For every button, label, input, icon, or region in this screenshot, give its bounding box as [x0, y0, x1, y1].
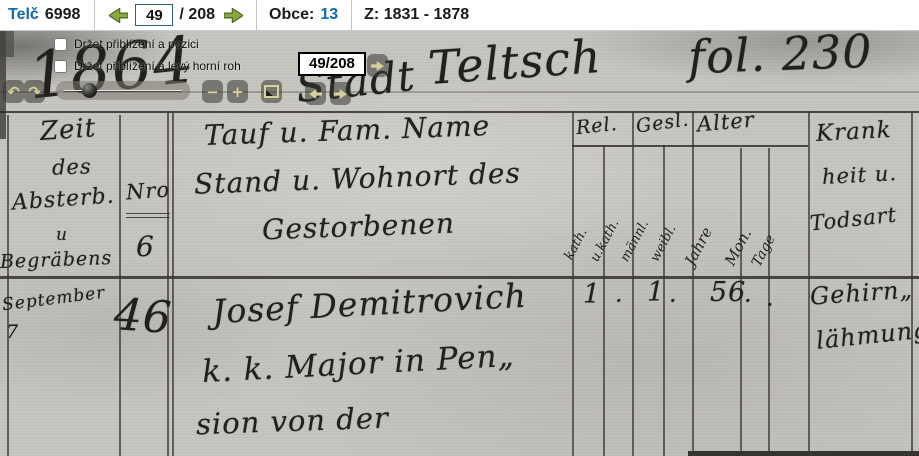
page-number-input[interactable] — [135, 4, 173, 26]
document-scan[interactable]: 1864 Stadt Teltsch fol. 230 Zeit des Abs… — [0, 31, 919, 456]
separator — [256, 0, 257, 30]
col-cause-header: Krank — [815, 119, 892, 146]
next-image-overlay-button[interactable] — [367, 54, 388, 77]
subcol-header: männl. — [619, 218, 652, 264]
page-place-teltsch: Teltsch — [427, 33, 603, 91]
record-name: Josef Demitrovich — [211, 279, 527, 328]
col-date-header: des — [52, 156, 92, 178]
record-nro: 46 — [113, 293, 174, 341]
keep-zoom-topleft-checkbox[interactable] — [54, 60, 67, 73]
col-group-header: Gesl. — [635, 110, 690, 136]
keep-zoom-topleft-option: Držet přiblížení a levý horní roh — [54, 59, 241, 73]
col-nro-header: Nro — [125, 179, 170, 203]
obce-count[interactable]: 13 — [320, 6, 338, 24]
rotate-cw-button[interactable]: ↷ — [24, 80, 45, 103]
record-cause: Gehirn„ — [809, 277, 913, 308]
next-image-button[interactable] — [330, 82, 351, 105]
table-line — [172, 111, 174, 456]
col-date-header: Absterb. — [11, 185, 115, 214]
record-value-jahre: 56 — [710, 279, 746, 306]
record-date-day: 7 — [6, 323, 19, 342]
arrow-left-icon — [309, 89, 322, 99]
record-name: sion von der — [196, 404, 390, 440]
table-line — [692, 111, 694, 456]
record-cause: lähmung — [815, 317, 919, 353]
table-line — [632, 111, 634, 456]
obce-label: Obce: — [269, 6, 314, 24]
col-name-header: Stand u. Wohnort des — [194, 159, 522, 198]
zoom-out-icon: − — [206, 83, 219, 101]
subcol-header: Jahre — [683, 225, 715, 268]
keep-zoom-position-checkbox[interactable] — [54, 38, 67, 51]
col-date-header: Begräbens — [0, 249, 112, 272]
table-line — [7, 115, 9, 456]
arrow-right-icon — [371, 61, 384, 71]
top-navigation-bar: Telč 6998 / 208 Obce: 13 Z: 1831 - 1878 — [0, 0, 919, 31]
zoom-out-button[interactable]: − — [202, 80, 223, 103]
table-line — [119, 115, 121, 456]
record-value-tage: · — [766, 293, 775, 317]
col-date-header: u — [56, 227, 68, 244]
fit-view-button[interactable] — [261, 80, 282, 103]
prev-page-button[interactable] — [109, 8, 128, 23]
col-group-header: Rel. — [575, 115, 618, 138]
col-cause-header: Todsart — [809, 204, 898, 234]
nro-underline — [126, 217, 170, 218]
record-value-weibl: · — [669, 289, 678, 313]
next-page-button[interactable] — [224, 8, 243, 23]
subcol-header: weibl. — [649, 223, 679, 264]
record-value-ukath: · — [615, 289, 624, 313]
col-name-header: Gestorbenen — [262, 210, 456, 245]
col-cause-header: heit u. — [822, 163, 898, 188]
year-range: Z: 1831 - 1878 — [364, 6, 469, 24]
rotate-ccw-icon: ↶ — [7, 83, 20, 101]
zoom-in-icon: + — [231, 83, 244, 101]
col-date-header: Zeit — [39, 115, 97, 145]
arrow-right-icon — [224, 8, 243, 23]
col-name-header: Tauf u. Fam. Name — [204, 112, 491, 150]
scan-edge — [0, 31, 14, 57]
keep-zoom-position-option: Držet přiblížení a pozici — [54, 37, 199, 51]
page-folio: fol. 230 — [687, 31, 873, 80]
prev-image-button[interactable] — [305, 82, 326, 105]
arrow-right-icon — [334, 89, 347, 99]
fit-view-icon — [264, 85, 279, 98]
row-bottom-line — [688, 451, 919, 456]
archive-signature: 6998 — [45, 6, 81, 24]
zoom-slider-knob[interactable] — [82, 83, 97, 98]
table-line — [603, 145, 605, 456]
rotate-cw-icon: ↷ — [28, 83, 41, 101]
record-date-month: September — [1, 285, 106, 315]
separator — [94, 0, 95, 30]
record-value-kath: 1 — [583, 281, 601, 308]
keep-zoom-position-label[interactable]: Držet přiblížení a pozici — [74, 37, 199, 51]
table-line — [572, 111, 574, 456]
archive-viewer-window: Telč 6998 / 208 Obce: 13 Z: 1831 - 1878 — [0, 0, 919, 456]
nro-underline — [126, 213, 170, 214]
table-line — [167, 111, 169, 456]
col-nro-note: 6 — [136, 233, 155, 261]
record-name: k. k. Major in Pen„ — [201, 341, 515, 388]
col-group-header: Alter — [696, 110, 755, 136]
subcol-header: kath. — [563, 226, 590, 262]
rotate-ccw-button[interactable]: ↶ — [3, 80, 24, 103]
arrow-left-icon — [109, 8, 128, 23]
record-value-mon: · — [744, 289, 753, 313]
page-tooltip: 49/208 — [298, 52, 366, 76]
subcol-header: Tage — [750, 233, 778, 269]
keep-zoom-topleft-label[interactable]: Držet přiblížení a levý horní roh — [74, 59, 241, 73]
group-header-line — [572, 145, 808, 147]
archive-name[interactable]: Telč — [8, 6, 39, 24]
separator — [351, 0, 352, 30]
page-total: / 208 — [179, 6, 215, 24]
zoom-in-button[interactable]: + — [227, 80, 248, 103]
zoom-slider[interactable] — [56, 81, 190, 100]
record-value-mannl: 1 — [647, 279, 665, 306]
